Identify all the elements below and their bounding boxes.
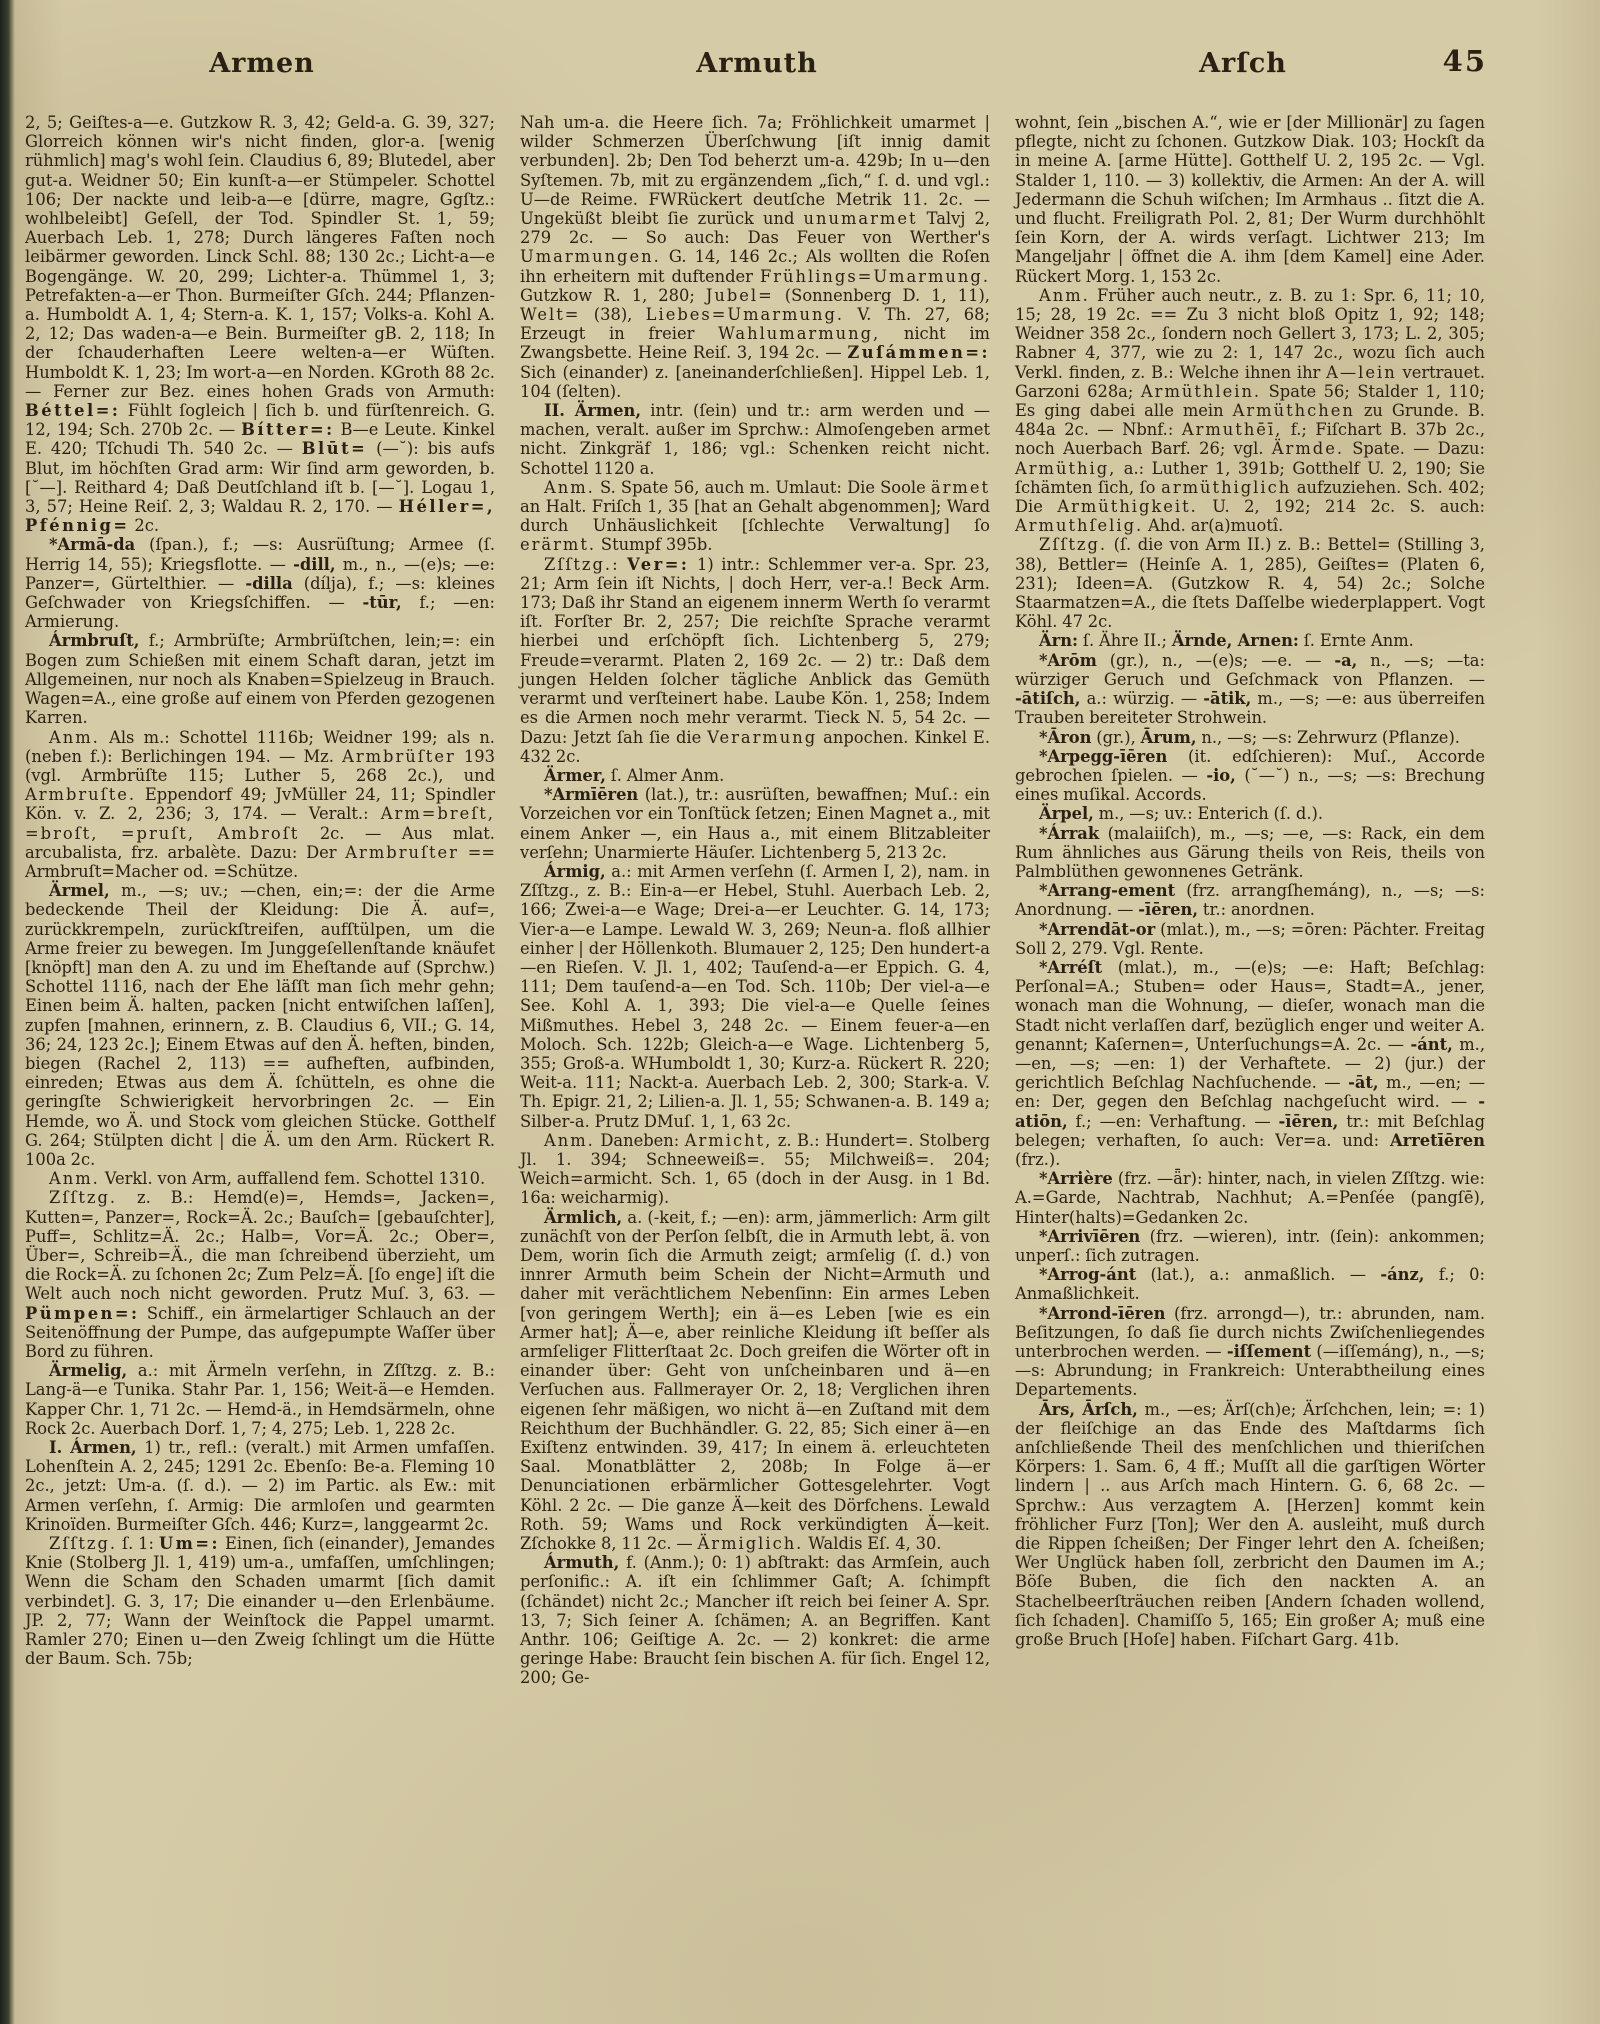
headword: Ärmlich, — [544, 1208, 622, 1227]
entry-paragraph: wohnt, ſein „bischen A.“, wie er [der Mi… — [1015, 113, 1485, 286]
entry-paragraph: II. Ärmen, intr. (ſein) und tr.: arm wer… — [520, 401, 990, 478]
body-text: Umarmungen. — [520, 247, 661, 266]
headword: Béttel=: — [25, 401, 120, 420]
headword: Um=: — [159, 1534, 220, 1553]
text-column-1: 2, 5; Geiſtes-a—e. Gutzkow R. 3, 42; Gel… — [25, 113, 495, 1668]
body-text: (Sonnenberg D. 1, 11), — [774, 286, 990, 305]
body-text: (gr.), n., —(e)s; —e. — — [1097, 651, 1335, 670]
entry-paragraph: Anm. Daneben: Armicht, z. B.: Hundert=. … — [520, 1131, 990, 1208]
headword: *Arrière — [1039, 1169, 1113, 1188]
body-text: Zſſtzg. — [1039, 535, 1107, 554]
body-text: Gutzkow R. 1, 280; — [520, 286, 706, 305]
body-text: Stumpf 395b. — [596, 535, 712, 554]
body-text: Ahd. ar(a)muotî. — [1143, 516, 1283, 535]
headword: -āt, — [1348, 1073, 1379, 1092]
headword: -a, — [1334, 651, 1357, 670]
entry-paragraph: Anm. Als m.: Schottel 1116b; Weidner 199… — [25, 728, 495, 882]
entry-paragraph: *Árrak (malaiiſch), m., —s; —e, —s: Rack… — [1015, 824, 1485, 882]
body-text: Zſſtzg. — [49, 1534, 117, 1553]
body-text: ſ. 1: — [117, 1534, 159, 1553]
headword: Ärnde, Arnen: — [1172, 631, 1299, 650]
body-text: A—lein — [1326, 363, 1397, 382]
entry-paragraph: 2, 5; Geiſtes-a—e. Gutzkow R. 3, 42; Gel… — [25, 113, 495, 535]
headword: -io, — [1206, 766, 1235, 785]
headword: *Árrak — [1039, 824, 1099, 843]
body-text: (lat.), a.: anmaßlich. — — [1136, 1265, 1380, 1284]
headword: *Arrond-īēren — [1039, 1304, 1165, 1323]
entry-paragraph: *Arrog-ánt (lat.), a.: anmaßlich. — -ánz… — [1015, 1265, 1485, 1303]
headword: Zuſámmen=: — [847, 343, 990, 362]
body-text: Waldis Eſ. 4, 30. — [803, 1534, 941, 1553]
entry-paragraph: Ärpel, m., —s; uv.: Enterich (ſ. d.). — [1015, 804, 1485, 823]
headword: *Arrang-ement — [1039, 881, 1175, 900]
body-text: Zſſtzg.: — [544, 555, 620, 574]
body-text: Daneben: — [595, 1131, 685, 1150]
headword: *Armā-da — [49, 535, 135, 554]
body-text: Armüthchen — [1233, 401, 1355, 420]
headword: *Arrendāt-or — [1039, 920, 1155, 939]
body-text: erärmt. — [520, 535, 596, 554]
body-text: armüthiglich — [1161, 478, 1291, 497]
headword: *Armīēren — [544, 785, 638, 804]
entry-paragraph: Zſſtzg. z. B.: Hemd(e)=, Hemds=, Jacken=… — [25, 1188, 495, 1361]
body-text: a.: würzig. — — [1080, 689, 1203, 708]
entry-paragraph: Anm. Früher auch neutr., z. B. zu 1: Spr… — [1015, 286, 1485, 536]
body-text: ſ. Ähre II.; — [1078, 631, 1172, 650]
body-text: Frühlings=Umarmung. — [760, 267, 990, 286]
body-text: U. 2, 192; 214 2c. S. auch: — [1198, 497, 1485, 516]
headword: Ärpel, — [1039, 804, 1094, 823]
entry-paragraph: Ārs, Ārſch, m., —es; Ärſ(ch)e; Ärſchchen… — [1015, 1400, 1485, 1650]
body-text: Wahlumarmung, — [718, 324, 880, 343]
headword: Arretīēren — [1390, 1131, 1485, 1150]
headword: -ātik, — [1203, 689, 1251, 708]
entry-paragraph: Ärmel, m., —s; uv.; —chen, ein;=: der di… — [25, 881, 495, 1169]
body-text: Armüthigkeit. — [1057, 497, 1198, 516]
body-text: (38), — [580, 305, 645, 324]
text-column-3: wohnt, ſein „bischen A.“, wie er [der Mi… — [1015, 113, 1485, 1649]
body-text: Zſſtzg. — [49, 1188, 117, 1207]
entry-paragraph: Ärn: ſ. Ähre II.; Ärnde, Arnen: ſ. Ernte… — [1015, 631, 1485, 650]
headword: Ārs, Ārſch, — [1039, 1400, 1138, 1419]
body-text: Armüthlein. — [1141, 382, 1261, 401]
headword: *Āron — [1039, 728, 1091, 747]
headword: -ánz, — [1380, 1265, 1424, 1284]
body-text: m., —s; uv.; —chen, ein;=: der die Arme … — [25, 881, 495, 1169]
body-text: Spate. — Dazu: — [1344, 439, 1485, 458]
body-text: Armbrüſter — [342, 747, 456, 766]
body-text: an Halt. Friſch 1, 35 [hat an Gehalt abg… — [520, 497, 990, 535]
body-text: Ärmiglich. — [698, 1534, 804, 1553]
entry-paragraph: I. Ármen, 1) tr., refl.: (veralt.) mit A… — [25, 1438, 495, 1534]
headword: *Arréſt — [1039, 958, 1102, 977]
body-text: Sich (einander) z. [aneinanderſchließen]… — [520, 363, 990, 401]
entry-paragraph: *Arpegg-īēren (it. edſchieren): Muſ., Ac… — [1015, 747, 1485, 805]
entry-paragraph: Ärmer, ſ. Almer Anm. — [520, 766, 990, 785]
body-text: Welt= — [520, 305, 580, 324]
body-text: Anm. — [1039, 286, 1090, 305]
running-head-right: Arſch — [1199, 48, 1287, 79]
headword: -īēren, — [1138, 900, 1198, 919]
headword: *Arrog-ánt — [1039, 1265, 1136, 1284]
body-text: unumarmet — [804, 209, 918, 228]
body-text: Liebes=Umarmung. — [646, 305, 844, 324]
body-text: a.: mit Armen verſehn (ſ. Armen I, 2), n… — [520, 862, 990, 1131]
body-text: Anm. — [544, 1131, 595, 1150]
body-text: Armbruſter — [345, 843, 459, 862]
body-text: Armuthſelig. — [1015, 516, 1143, 535]
entry-paragraph: Ärmelig, a.: mit Ärmeln verſehn, in Zſſt… — [25, 1361, 495, 1438]
headword: -dill, — [293, 555, 335, 574]
headword: Ármbruſt, — [49, 631, 139, 650]
entry-paragraph: *Arōm (gr.), n., —(e)s; —e. — -a, n., —s… — [1015, 651, 1485, 728]
body-text: f.; —en: Verhaftung. — — [1068, 1112, 1279, 1131]
body-text: Armicht, — [685, 1131, 773, 1150]
body-text: tr.: anordnen. — [1198, 900, 1315, 919]
body-text: Einen, ſich (einander), Jemandes Knie (S… — [25, 1534, 495, 1668]
entry-paragraph: *Arrière (frz. —ǟr): hinter, nach, in vi… — [1015, 1169, 1485, 1227]
headword: Ārum, — [1141, 728, 1197, 747]
body-text: Ärmde. — [1272, 439, 1344, 458]
body-text: (frz.). — [1015, 1150, 1060, 1169]
body-text: Armuthēī, — [1182, 420, 1283, 439]
body-text: m., —s; uv.: Enterich (ſ. d.). — [1094, 804, 1323, 823]
headword: Ármig, — [544, 862, 606, 881]
body-text: Jubel= — [706, 286, 774, 305]
entry-paragraph: *Armīēren (lat.), tr.: ausrüſten, bewaff… — [520, 785, 990, 862]
running-head-center: Armuth — [696, 48, 817, 79]
entry-paragraph: *Āron (gr.), Ārum, n., —s; —s: Zehrwurz … — [1015, 728, 1485, 747]
headword: *Arpegg-īēren — [1039, 747, 1167, 766]
entry-paragraph: Anm. S. Spate 56, auch m. Umlaut: Die So… — [520, 478, 990, 555]
running-head-left: Armen — [209, 48, 315, 79]
entry-paragraph: *Armā-da (ſpan.), f.; —s: Ausrüſtung; Ar… — [25, 535, 495, 631]
body-text: Anm. — [544, 478, 595, 497]
book-gutter-shadow — [0, 0, 15, 2024]
entry-paragraph: Zſſtzg. ſ. 1: Um=: Einen, ſich (einander… — [25, 1534, 495, 1668]
headword: Ärn: — [1039, 631, 1078, 650]
text-column-2: Nah um-a. die Heere ſich. 7a; Fröhlichke… — [520, 113, 990, 1688]
entry-paragraph: Ármbruſt, f.; Armbrüſte; Armbrüſtchen, l… — [25, 631, 495, 727]
body-text: 1) intr.: Schlemmer ver-a. Spr. 23, 21; … — [520, 555, 990, 747]
headword: Ármuth, — [544, 1553, 619, 1572]
body-text: ärmet — [931, 478, 990, 497]
body-text: Verkl. von Arm, auffallend fem. Schottel… — [100, 1169, 485, 1188]
headword: Ärmelig, — [49, 1361, 127, 1380]
body-text: (gr.), — [1091, 728, 1140, 747]
body-text: ſ. Almer Anm. — [606, 766, 724, 785]
headword: Ver=: — [627, 555, 689, 574]
entry-paragraph: Ármig, a.: mit Armen verſehn (ſ. Armen I… — [520, 862, 990, 1131]
headword: -ánt, — [1410, 1035, 1452, 1054]
headword: I. Ármen, — [49, 1438, 137, 1457]
headword: Ärmer, — [544, 766, 606, 785]
body-text: f. (Anm.); 0: 1) abſtrakt: das Armſein, … — [520, 1553, 990, 1687]
body-text: 2c. — [130, 516, 160, 535]
entry-paragraph: Ärmlich, a. (-keit, f.; —en): arm, jämme… — [520, 1208, 990, 1554]
page-number: 45 — [1443, 44, 1487, 78]
entry-paragraph: *Arréſt (mlat.), m., —(e)s; —e: Haft; Be… — [1015, 958, 1485, 1169]
entry-paragraph: Ármuth, f. (Anm.); 0: 1) abſtrakt: das A… — [520, 1553, 990, 1687]
headword: Blūt= — [302, 439, 367, 458]
entry-paragraph: Anm. Verkl. von Arm, auffallend fem. Sch… — [25, 1169, 495, 1188]
body-text: 2, 5; Geiſtes-a—e. Gutzkow R. 3, 42; Gel… — [25, 113, 495, 401]
headword: Ärmel, — [49, 881, 110, 900]
body-text: S. Spate 56, auch m. Umlaut: Die Soole — [595, 478, 931, 497]
body-text: ſ. Ernte Anm. — [1299, 631, 1414, 650]
headword: -iſſement — [1227, 1342, 1311, 1361]
entry-paragraph: *Arrendāt-or (mlat.), m., —s; =ōren: Päc… — [1015, 920, 1485, 958]
body-text: wohnt, ſein „bischen A.“, wie er [der Mi… — [1015, 113, 1485, 286]
headword: *Arrivīēren — [1039, 1227, 1140, 1246]
headword: II. Ärmen, — [544, 401, 641, 420]
body-text: Verarmung — [707, 728, 817, 747]
body-text: m., —es; Ärſ(ch)e; Ärſchchen, lein; =: 1… — [1015, 1400, 1485, 1649]
body-text: a. (-keit, f.; —en): arm, jämmerlich: Ar… — [520, 1208, 990, 1553]
entry-paragraph: *Arrond-īēren (frz. arrongd—), tr.: abru… — [1015, 1304, 1485, 1400]
body-text: Armüthig, — [1015, 459, 1116, 478]
body-text: Armbruſte. — [25, 785, 136, 804]
headword: -ātiſch, — [1015, 689, 1080, 708]
headword: Pümpen=: — [25, 1304, 140, 1323]
headword: Bítter=: — [241, 420, 335, 439]
entry-paragraph: Zſſtzg. (ſ. die von Arm II.) z. B.: Bett… — [1015, 535, 1485, 631]
headword: -dilla — [245, 574, 292, 593]
headword: *Arōm — [1039, 651, 1097, 670]
headword: -īēren, — [1279, 1112, 1339, 1131]
entry-paragraph: Zſſtzg.: Ver=: 1) intr.: Schlemmer ver-a… — [520, 555, 990, 766]
entry-paragraph: Nah um-a. die Heere ſich. 7a; Fröhlichke… — [520, 113, 990, 401]
body-text: n., —s; —s: Zehrwurz (Pflanze). — [1197, 728, 1460, 747]
entry-paragraph: *Arrang-ement (frz. arrangſhemáng), n., … — [1015, 881, 1485, 919]
body-text: Anm. — [49, 1169, 100, 1188]
headword: -tūr, — [362, 593, 401, 612]
body-text: Anm. — [49, 728, 100, 747]
entry-paragraph: *Arrivīēren (frz. —wieren), intr. (ſein)… — [1015, 1227, 1485, 1265]
